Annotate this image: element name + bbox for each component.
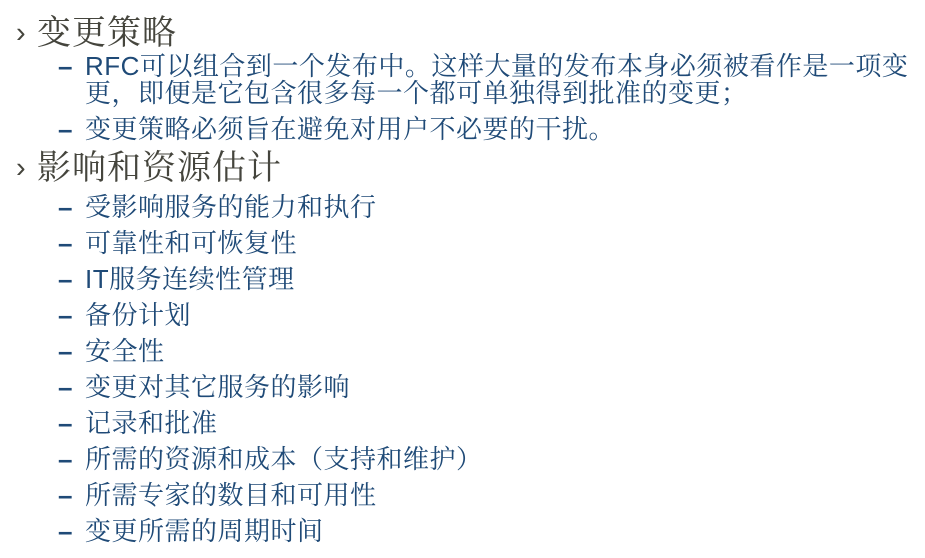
list-item: –RFC可以组合到一个发布中。这样大量的发布本身必须被看作是一项变更，即便是它包…: [58, 53, 925, 107]
item-text: 安全性: [85, 338, 165, 365]
item-text: 变更策略必须旨在避免对用户不必要的干扰。: [85, 116, 615, 143]
item-text: 变更所需的周期时间: [85, 518, 324, 545]
item-text: 可靠性和可恢复性: [85, 230, 297, 257]
slide-canvas: ›变更策略–RFC可以组合到一个发布中。这样大量的发布本身必须被看作是一项变更，…: [0, 0, 925, 558]
item-text: 记录和批准: [85, 410, 218, 437]
slide-content: ›变更策略–RFC可以组合到一个发布中。这样大量的发布本身必须被看作是一项变更，…: [16, 13, 925, 545]
dash-bullet-icon: –: [58, 518, 85, 545]
list-item: –变更策略必须旨在避免对用户不必要的干扰。: [58, 116, 925, 143]
item-text: 备份计划: [85, 302, 191, 329]
list-item: –记录和批准: [58, 410, 925, 437]
section-title: 变更策略: [37, 13, 177, 53]
item-text: RFC可以组合到一个发布中。这样大量的发布本身必须被看作是一项变更，即便是它包含…: [85, 53, 910, 107]
list-item: –变更所需的周期时间: [58, 518, 925, 545]
slide-section: ›影响和资源估计–受影响服务的能力和执行–可靠性和可恢复性–IT服务连续性管理–…: [16, 148, 925, 545]
section-heading: ›影响和资源估计: [16, 148, 925, 188]
dash-bullet-icon: –: [58, 338, 85, 365]
item-text: 所需的资源和成本（支持和维护）: [85, 446, 483, 473]
dash-bullet-icon: –: [58, 446, 85, 473]
bullet-list: –RFC可以组合到一个发布中。这样大量的发布本身必须被看作是一项变更，即便是它包…: [16, 53, 925, 143]
dash-bullet-icon: –: [58, 194, 85, 221]
chevron-bullet-icon: ›: [16, 13, 37, 53]
list-item: –所需的资源和成本（支持和维护）: [58, 446, 925, 473]
slide-section: ›变更策略–RFC可以组合到一个发布中。这样大量的发布本身必须被看作是一项变更，…: [16, 13, 925, 143]
list-item: –IT服务连续性管理: [58, 266, 925, 293]
dash-bullet-icon: –: [58, 482, 85, 509]
item-text: 受影响服务的能力和执行: [85, 194, 377, 221]
list-item: –所需专家的数目和可用性: [58, 482, 925, 509]
dash-bullet-icon: –: [58, 302, 85, 329]
dash-bullet-icon: –: [58, 116, 85, 143]
list-item: –受影响服务的能力和执行: [58, 194, 925, 221]
item-text: 所需专家的数目和可用性: [85, 482, 377, 509]
section-title: 影响和资源估计: [37, 148, 282, 188]
chevron-bullet-icon: ›: [16, 148, 37, 188]
list-item: –备份计划: [58, 302, 925, 329]
dash-bullet-icon: –: [58, 266, 85, 293]
item-text: 变更对其它服务的影响: [85, 374, 350, 401]
dash-bullet-icon: –: [58, 230, 85, 257]
bullet-list: –受影响服务的能力和执行–可靠性和可恢复性–IT服务连续性管理–备份计划–安全性…: [16, 194, 925, 545]
dash-bullet-icon: –: [58, 374, 85, 401]
section-heading: ›变更策略: [16, 13, 925, 53]
list-item: –变更对其它服务的影响: [58, 374, 925, 401]
list-item: –安全性: [58, 338, 925, 365]
list-item: –可靠性和可恢复性: [58, 230, 925, 257]
dash-bullet-icon: –: [58, 410, 85, 437]
item-text: IT服务连续性管理: [85, 266, 295, 293]
dash-bullet-icon: –: [58, 53, 85, 80]
